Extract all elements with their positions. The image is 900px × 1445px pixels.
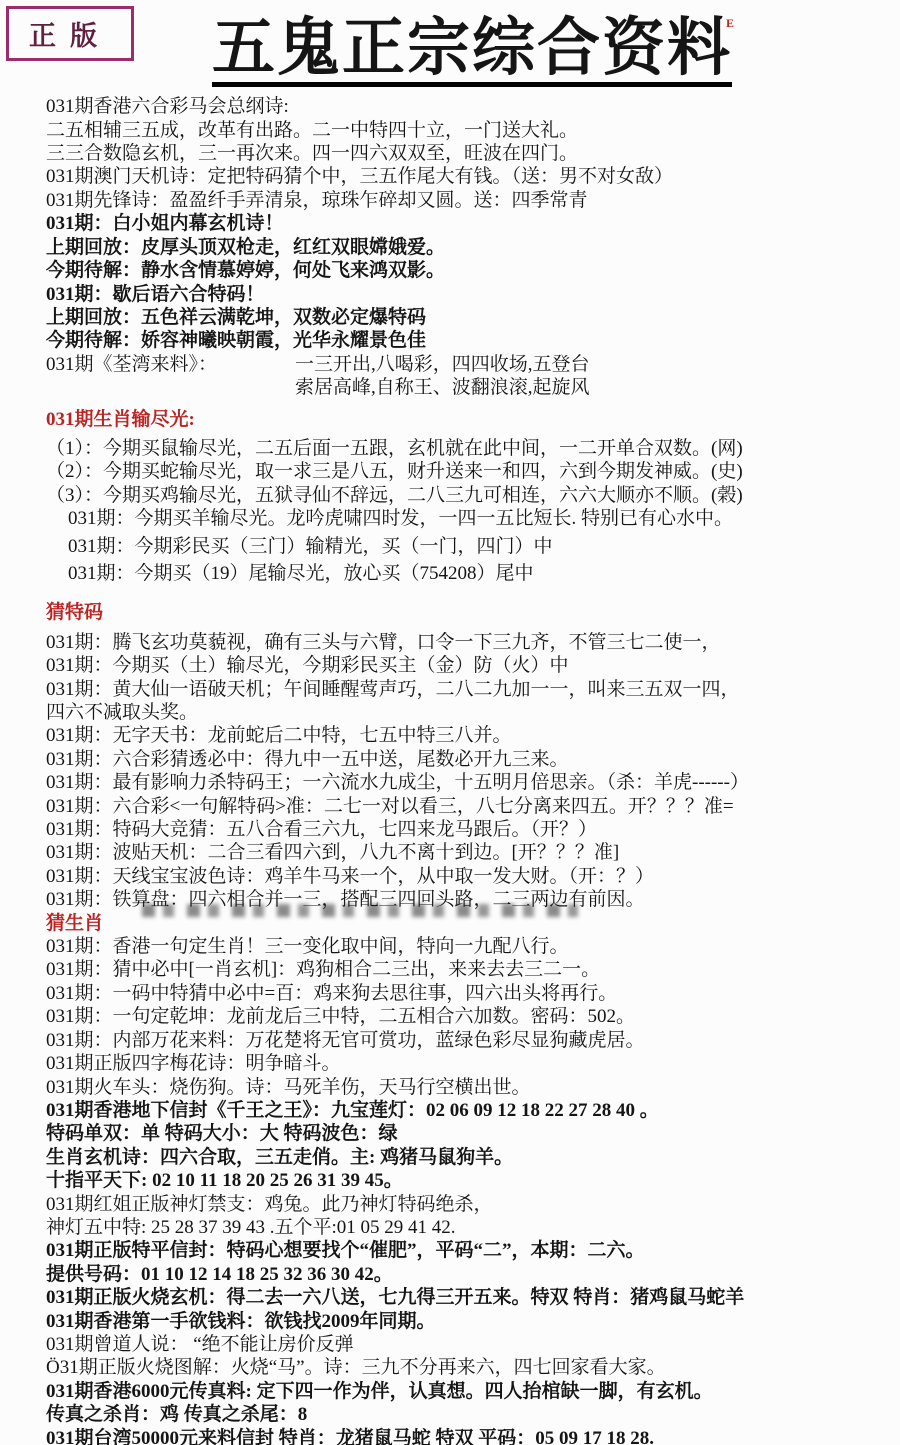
text-line: 031期正版特平信封：特码心想要找个“催肥”，平码“二”，本期：二六。: [46, 1239, 900, 1262]
split-right-block: 一三开出,八喝彩，四四收场,五登台索居高峰,自称王、波翻浪滚,起旋风: [295, 353, 590, 400]
text-line: 传真之杀肖：鸡 传真之杀尾：8: [46, 1403, 900, 1426]
text-line: 031期：香港一句定生肖！三一变化取中间，特向一九配八行。: [46, 935, 900, 958]
text-line: 031期曾道人说： “绝不能让房价反弹: [46, 1333, 900, 1356]
text-line: 031期：最有影响力杀特码王；一六流水九成尘，十五明月倍思亲。（杀：羊虎----…: [46, 771, 900, 794]
text-line: 031期火车头：烧伤狗。诗：马死羊伤，天马行空横出世。: [46, 1076, 900, 1099]
text-line: 031期台湾50000元来料信封 特肖：龙猪鼠马蛇 特双 平码：05 09 17…: [46, 1427, 900, 1445]
text-line: 031期香港第一手欲钱料：欲钱找2009年同期。: [46, 1310, 900, 1333]
genuine-edition-badge: 正版: [6, 6, 134, 61]
text-line: 031期澳门天机诗：定把特码猜个中，三五作尾大有钱。（送：男不对女敌）: [46, 165, 900, 188]
text-line: 三三合数隐玄机，三一再次来。四一四六双双至，旺波在四门。: [46, 142, 900, 165]
text-line: 031期：猜中必中[一肖玄机]：鸡狗相合二三出，来来去去三二一。: [46, 958, 900, 981]
document-body: 031期香港六合彩马会总纲诗:二五相辅三五成，改革有出路。二一中特四十立，一门送…: [0, 91, 900, 1445]
text-line: 031期：天线宝宝波色诗：鸡羊牛马来一个，从中取一发大财。（开：？）: [46, 865, 900, 888]
text-line: 031期：腾飞玄功莫藐视，确有三头与六臂，口令一下三九齐，不管三七二使一，: [46, 631, 900, 654]
text-line: 神灯五中特: 25 28 37 39 43 .五个平:01 05 29 41 4…: [46, 1216, 900, 1239]
text-line: 031期：六合彩<一句解特码>准：二七一对以看三，八七分离来四五。开？？？准=: [46, 795, 900, 818]
text-line: 今期待解：娇容神曦映朝霞，光华永耀景色佳: [46, 329, 900, 352]
text-line: Ö31期正版火烧图解：火烧“马”。诗：三九不分再来六，四七回家看大家。: [46, 1356, 900, 1379]
text-line: 上期回放：皮厚头顶双枪走，红红双眼嫦娥爱。: [46, 236, 900, 259]
text-line: 031期：一码中特猜中必中=百：鸡来狗去思往事，四六出头将再行。: [46, 982, 900, 1005]
text-line: 031期香港6000元传真料: 定下四一作为伴，认真想。四人抬棺缺一脚，有玄机。: [46, 1380, 900, 1403]
text-line: 上期回放：五色祥云满乾坤，双数必定爆特码: [46, 306, 900, 329]
text-line: 031期先锋诗：盈盈纤手弄清泉，琼珠乍碎却又圆。送：四季常青: [46, 189, 900, 212]
text-line: 031期：白小姐内幕玄机诗！: [46, 212, 900, 235]
page-title: 五鬼正宗综合资料: [212, 16, 732, 87]
text-line: 一三开出,八喝彩，四四收场,五登台: [295, 353, 590, 376]
text-line: 031期：今期买（土）输尽光，今期彩民买主（金）防（火）中: [46, 654, 900, 677]
text-line: 031期：黄大仙一语破天机；午间睡醒莺声巧，二八二九加一一，叫来三五双一四，: [46, 678, 900, 701]
text-line: （2）：今期买蛇输尽光，取一求三是八五，财升送来一和四，六到今期发神威。(史): [46, 460, 900, 483]
text-line: 031期香港地下信封《千王之王》：九宝莲灯：02 06 09 12 18 22 …: [46, 1099, 900, 1122]
text-line: 031期：今期彩民买（三门）输精光，买（一门，四门）中: [46, 535, 900, 558]
text-line: 特码单双：单 特码大小：大 特码波色：绿: [46, 1122, 900, 1145]
text-line: 四六不减取头奖。: [46, 701, 900, 724]
text-line: 十指平天下: 02 10 11 18 20 25 26 31 39 45。: [46, 1169, 900, 1192]
text-line: 031期正版火烧玄机：得二去一六八送，七九得三开五来。特双 特肖：猪鸡鼠马蛇羊: [46, 1286, 900, 1309]
text-line: 031期：内部万花来料：万花楚将无官可赏功，蓝绿色彩尽显狗藏虎居。: [46, 1029, 900, 1052]
text-line: 031期红姐正版神灯禁支：鸡兔。此乃神灯特码绝杀，: [46, 1193, 900, 1216]
text-line: 今期待解：静水含情慕婷婷，何处飞来鸿双影。: [46, 259, 900, 282]
text-line: 031期：今期买羊输尽光。龙吟虎啸四时发，一四一五比短长. 特别已有心水中。: [46, 507, 900, 530]
text-line: 031期：六合彩猜透必中：得九中一五中送，尾数必开九三来。: [46, 748, 900, 771]
text-line: 031期：无字天书：龙前蛇后二中特，七五中特三八并。: [46, 724, 900, 747]
text-line: 索居高峰,自称王、波翻浪滚,起旋风: [295, 376, 590, 399]
text-line: 031期正版四字梅花诗：明争暗斗。: [46, 1052, 900, 1075]
text-line: 031期：铁算盘：四六相合并一三，搭配三四回头路，二三两边有前因。: [46, 888, 900, 911]
text-line: 生肖玄机诗：四六合取，三五走俏。主: 鸡猪马鼠狗羊。: [46, 1146, 900, 1169]
text-line: （3）：今期买鸡输尽光，五狱寻仙不辞远，二八三九可相连，六六大顺亦不顺。(榖): [46, 484, 900, 507]
text-line: 031期香港六合彩马会总纲诗:: [46, 95, 900, 118]
title-row: 五鬼正宗综合资料E: [0, 0, 900, 91]
text-line: 二五相辅三五成，改革有出路。二一中特四十立，一门送大礼。: [46, 119, 900, 142]
lottery-tips-sheet: { "badge": { "label": "正版" }, "title": {…: [0, 0, 900, 1445]
text-line: 031期生肖输尽光:: [46, 408, 900, 431]
text-line: （1）：今期买鼠输尽光，二五后面一五跟，玄机就在此中间，一二开单合双数。(网): [46, 437, 900, 460]
title-corner-mark: E: [726, 16, 734, 30]
text-line: 031期：波贴天机：二合三看四六到，八九不离十到边。[开？？？准]: [46, 841, 900, 864]
split-label: 031期《荃湾来料》：: [46, 353, 217, 376]
smudged-text-artifact: [142, 904, 578, 917]
text-line: 031期：一句定乾坤：龙前龙后三中特，二五相合六加数。密码：502。: [46, 1005, 900, 1028]
text-line: 031期：特码大竞猜：五八合看三六九，七四来龙马跟后。（开？）: [46, 818, 900, 841]
text-line-split: 031期《荃湾来料》：一三开出,八喝彩，四四收场,五登台索居高峰,自称王、波翻浪…: [46, 353, 900, 400]
text-line: 031期：歇后语六合特码！: [46, 283, 900, 306]
text-line: 提供号码：01 10 12 14 18 25 32 36 30 42。: [46, 1263, 900, 1286]
text-line: 猜特码: [46, 601, 900, 624]
text-line: 031期：今期买（19）尾输尽光，放心买（754208）尾中: [46, 562, 900, 585]
